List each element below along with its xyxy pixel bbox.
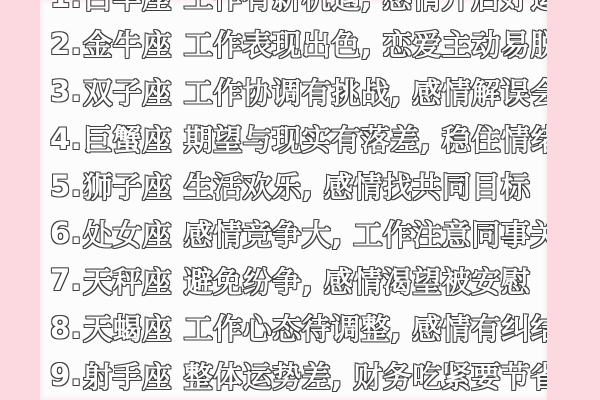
- item-number: 8.: [50, 311, 82, 345]
- list-item-sagittarius: 9. 射手座 整体运势差, 财务吃紧要节省: [40, 351, 547, 398]
- fortune-text: 感情竞争大, 工作注意同事关系: [184, 213, 547, 254]
- item-number: 1.: [50, 0, 82, 14]
- item-number: 6.: [50, 216, 82, 250]
- horoscope-list: 1. 白羊座 工作有新机遇, 感情开启好运势 2. 金牛座 工作表现出色, 恋爱…: [40, 0, 547, 399]
- fortune-text: 工作表现出色, 恋爱主动易脱单: [184, 23, 547, 64]
- zodiac-sign-label: 双子座: [83, 71, 172, 112]
- list-item-aries: 1. 白羊座 工作有新机遇, 感情开启好运势: [40, 0, 547, 20]
- zodiac-sign-label: 射手座: [83, 355, 172, 396]
- list-item-virgo: 6. 处女座 感情竞争大, 工作注意同事关系: [40, 209, 547, 256]
- zodiac-sign-label: 狮子座: [83, 165, 172, 206]
- zodiac-sign-label: 白羊座: [83, 0, 172, 17]
- fortune-text: 期望与现实有落差, 稳住情绪: [184, 118, 547, 159]
- list-item-scorpio: 8. 天蝎座 工作心态待调整, 感情有纠结: [40, 304, 547, 351]
- horoscope-graphic: 1. 白羊座 工作有新机遇, 感情开启好运势 2. 金牛座 工作表现出色, 恋爱…: [0, 0, 600, 400]
- item-number: 2.: [50, 27, 82, 61]
- zodiac-sign-label: 金牛座: [83, 23, 172, 64]
- fortune-text: 工作协调有挑战, 感情解误会: [184, 71, 547, 112]
- fortune-text: 避免纷争, 感情渴望被安慰: [184, 260, 531, 301]
- zodiac-sign-label: 巨蟹座: [83, 118, 172, 159]
- list-item-leo: 5. 狮子座 生活欢乐, 感情找共同目标: [40, 162, 547, 209]
- item-number: 7.: [50, 263, 82, 297]
- content-panel: 1. 白羊座 工作有新机遇, 感情开启好运势 2. 金牛座 工作表现出色, 恋爱…: [40, 0, 547, 400]
- list-item-taurus: 2. 金牛座 工作表现出色, 恋爱主动易脱单: [40, 20, 547, 67]
- item-number: 9.: [50, 358, 82, 392]
- zodiac-sign-label: 天秤座: [83, 260, 172, 301]
- fortune-text: 工作心态待调整, 感情有纠结: [184, 307, 547, 348]
- list-item-cancer: 4. 巨蟹座 期望与现实有落差, 稳住情绪: [40, 115, 547, 162]
- zodiac-sign-label: 天蝎座: [83, 307, 172, 348]
- fortune-text: 工作有新机遇, 感情开启好运势: [184, 0, 547, 17]
- fortune-text: 生活欢乐, 感情找共同目标: [184, 165, 531, 206]
- zodiac-sign-label: 处女座: [83, 213, 172, 254]
- list-item-libra: 7. 天秤座 避免纷争, 感情渴望被安慰: [40, 257, 547, 304]
- item-number: 5.: [50, 169, 82, 203]
- list-item-gemini: 3. 双子座 工作协调有挑战, 感情解误会: [40, 68, 547, 115]
- fortune-text: 整体运势差, 财务吃紧要节省: [184, 355, 547, 396]
- item-number: 3.: [50, 74, 82, 108]
- item-number: 4.: [50, 122, 82, 156]
